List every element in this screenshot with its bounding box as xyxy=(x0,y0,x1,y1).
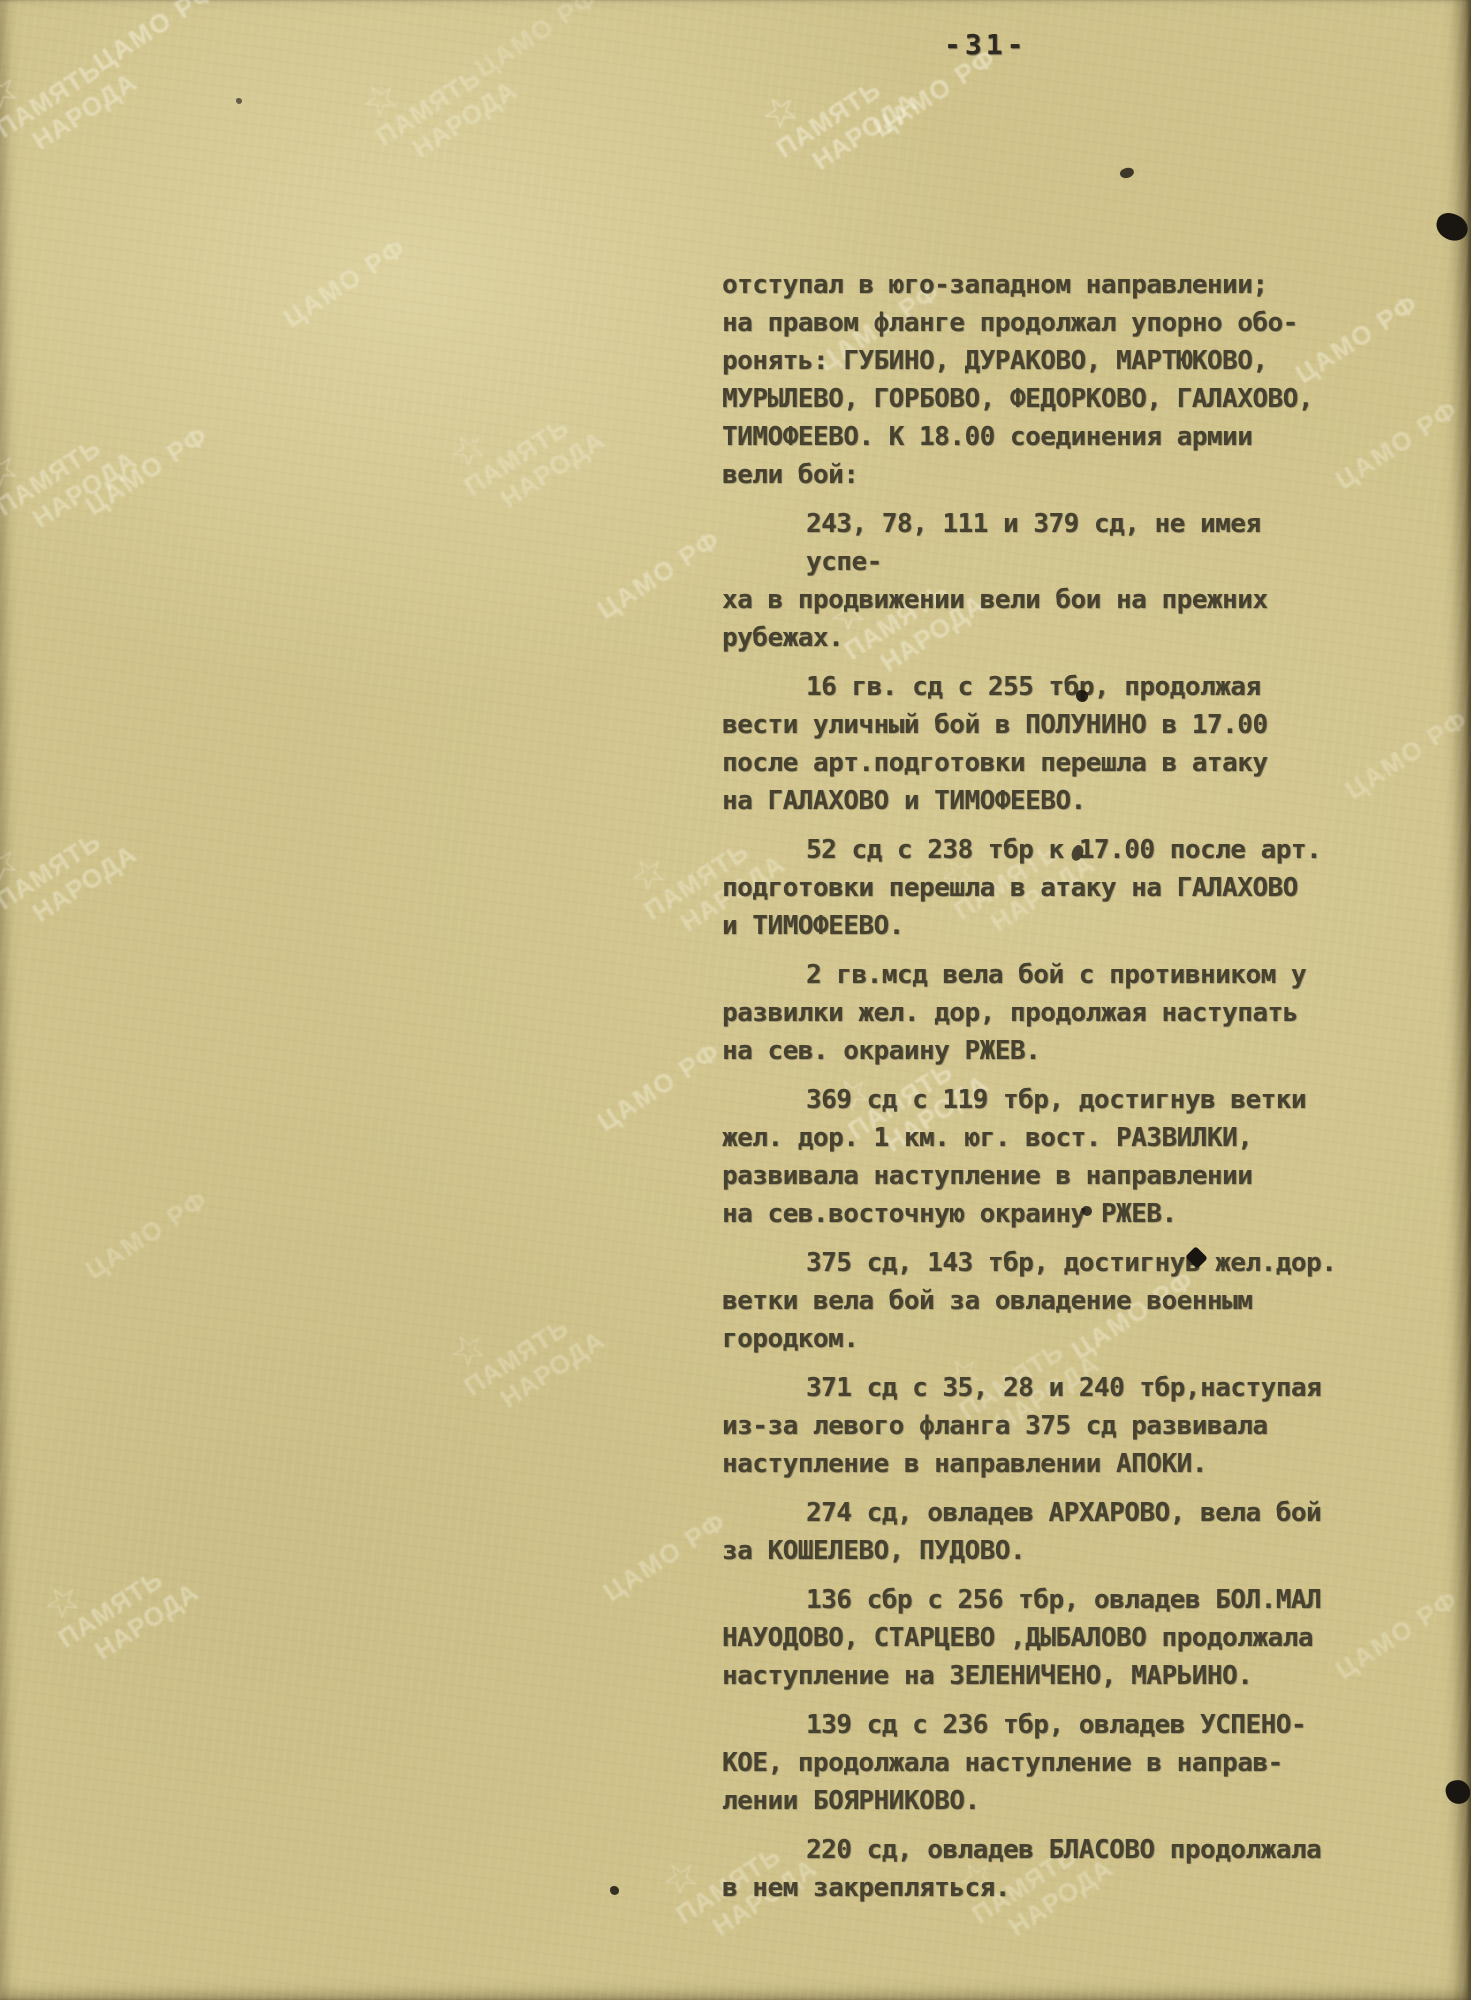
text-line: 136 сбр с 256 тбр, овладев БОЛ.МАЛ xyxy=(722,1581,1340,1619)
text-line: 220 сд, овладев БЛАСОВО продолжала xyxy=(722,1831,1340,1869)
pamyat-naroda-watermark: ☆ ПАМЯТЬ НАРОДА xyxy=(752,33,922,189)
text-line: за КОШЕЛЕВО, ПУДОВО. xyxy=(722,1532,1340,1570)
pamyat-naroda-line1: ПАМЯТЬ xyxy=(371,49,506,151)
text-line: на сев.восточную окраину РЖЕВ. xyxy=(722,1195,1340,1233)
text-line: подготовки перешла в атаку на ГАЛАХОВО xyxy=(722,869,1340,907)
paragraph: 220 сд, овладев БЛАСОВО продолжалав нем … xyxy=(722,1831,1340,1907)
tsamo-watermark-text: ЦАМО РФ xyxy=(1340,704,1471,805)
text-line: 52 сд с 238 тбр к 17.00 после арт. xyxy=(722,831,1340,869)
tsamo-watermark: ЦАМО РФ xyxy=(80,420,214,522)
text-line: МУРЫЛЕВО, ГОРБОВО, ФЕДОРКОВО, ГАЛАХОВО, xyxy=(722,380,1340,418)
pamyat-naroda-watermark: ☆ ПАМЯТЬ НАРОДА xyxy=(0,785,142,941)
paragraph: 136 сбр с 256 тбр, овладев БОЛ.МАЛНАУОДО… xyxy=(722,1581,1340,1695)
text-line: вести уличный бой в ПОЛУНИНО в 17.00 xyxy=(722,706,1340,744)
text-line: и ТИМОФЕЕВО. xyxy=(722,907,1340,945)
text-line: 371 сд с 35, 28 и 240 тбр,наступая xyxy=(722,1369,1340,1407)
page-number: -31- xyxy=(944,28,1027,61)
star-icon: ☆ xyxy=(37,1523,171,1627)
text-line: 243, 78, 111 и 379 сд, не имея успе- xyxy=(722,505,1340,581)
tsamo-watermark-text: ЦАМО РФ xyxy=(278,232,412,333)
pamyat-naroda-line1: ПАМЯТЬ xyxy=(0,813,126,915)
text-line: из-за левого фланга 375 сд развивала xyxy=(722,1407,1340,1445)
ink-speck xyxy=(1082,1206,1092,1216)
text-line: на правом фланге продолжал упорно обо- xyxy=(722,304,1340,342)
text-line: НАУОДОВО, СТАРЦЕВО ,ДЫБАЛОВО продолжала xyxy=(722,1619,1340,1657)
text-line: 369 сд с 119 тбр, достигнув ветки xyxy=(722,1081,1340,1119)
text-line: рубежах. xyxy=(722,619,1340,657)
tsamo-watermark: ЦАМО РФ xyxy=(278,232,412,334)
tsamo-watermark-text: ЦАМО РФ xyxy=(592,524,726,625)
ink-speck xyxy=(236,98,242,104)
ink-blot xyxy=(1433,210,1471,245)
pamyat-naroda-watermark: ☆ ПАМЯТЬ НАРОДА xyxy=(34,1523,204,1679)
pamyat-naroda-watermark: ☆ ПАМЯТЬ НАРОДА xyxy=(440,1271,610,1427)
paragraph: 52 сд с 238 тбр к 17.00 после арт.подгот… xyxy=(722,831,1340,945)
text-line: лении БОЯРНИКОВО. xyxy=(722,1782,1340,1820)
scanned-document-page: ЦАМО РФ ЦАМО РФ ЦАМО РФ ЦАМО РФ ЦАМО РФ … xyxy=(0,0,1471,2000)
pamyat-naroda-line1: ПАМЯТЬ xyxy=(53,1551,188,1653)
text-line: 2 гв.мсд вела бой с противником у xyxy=(722,956,1340,994)
pamyat-naroda-line2: НАРОДА xyxy=(27,444,142,533)
tsamo-watermark-text: ЦАМО РФ xyxy=(470,0,604,83)
text-line: после арт.подготовки перешла в атаку xyxy=(722,744,1340,782)
text-line: 375 сд, 143 тбр, достигнув жел.дор. xyxy=(722,1244,1340,1282)
text-line: ТИМОФЕЕВО. К 18.00 соединения армии xyxy=(722,418,1340,456)
text-line: наступление в направлении АПОКИ. xyxy=(722,1445,1340,1483)
tsamo-watermark: ЦАМО РФ xyxy=(470,0,604,84)
text-line: на ГАЛАХОВО и ТИМОФЕЕВО. xyxy=(722,782,1340,820)
tsamo-watermark-text: ЦАМО РФ xyxy=(592,1036,726,1137)
pamyat-naroda-line1: ПАМЯТЬ xyxy=(459,399,594,501)
ink-blot xyxy=(1444,1778,1471,1806)
pamyat-naroda-watermark: ☆ ПАМЯТЬ НАРОДА xyxy=(0,391,142,547)
pamyat-naroda-watermark: ☆ ПАМЯТЬ НАРОДА xyxy=(0,13,142,169)
star-icon: ☆ xyxy=(0,785,109,889)
tsamo-watermark: ЦАМО РФ xyxy=(592,524,726,626)
paragraph: 243, 78, 111 и 379 сд, не имея успе-ха в… xyxy=(722,505,1340,657)
tsamo-watermark: ЦАМО РФ xyxy=(1330,1584,1464,1686)
ink-speck xyxy=(1119,166,1136,180)
tsamo-watermark-text: ЦАМО РФ xyxy=(1330,394,1464,495)
pamyat-naroda-line2: НАРОДА xyxy=(27,838,142,927)
pamyat-naroda-line2: НАРОДА xyxy=(495,424,610,513)
text-line: ха в продвижении вели бои на прежних xyxy=(722,581,1340,619)
star-icon: ☆ xyxy=(443,371,577,475)
paragraph: 274 сд, овладев АРХАРОВО, вела бойза КОШ… xyxy=(722,1494,1340,1570)
paragraph: 16 гв. сд с 255 тбр, продолжаявести улич… xyxy=(722,668,1340,820)
pamyat-naroda-line1: ПАМЯТЬ xyxy=(0,41,126,143)
text-line: развивала наступление в направлении xyxy=(722,1157,1340,1195)
ink-speck xyxy=(1076,690,1088,702)
paragraph: 375 сд, 143 тбр, достигнув жел.дор.ветки… xyxy=(722,1244,1340,1358)
pamyat-naroda-line2: НАРОДА xyxy=(807,86,922,175)
paragraph: 139 сд с 236 тбр, овладев УСПЕНО-КОЕ, пр… xyxy=(722,1706,1340,1820)
paragraph: отступал в юго-западном направлении;на п… xyxy=(722,266,1340,494)
tsamo-watermark: ЦАМО РФ xyxy=(592,1036,726,1138)
pamyat-naroda-watermark: ☆ ПАМЯТЬ НАРОДА xyxy=(352,21,522,177)
tsamo-watermark-text: ЦАМО РФ xyxy=(598,1506,732,1607)
pamyat-naroda-line2: НАРОДА xyxy=(89,1576,204,1665)
text-line: ронять: ГУБИНО, ДУРАКОВО, МАРТЮКОВО, xyxy=(722,342,1340,380)
tsamo-watermark-text: ЦАМО РФ xyxy=(80,1184,214,1285)
tsamo-watermark-text: ЦАМО РФ xyxy=(80,420,214,521)
text-line: городком. xyxy=(722,1320,1340,1358)
star-icon: ☆ xyxy=(443,1271,577,1375)
text-line: наступление на ЗЕЛЕНИЧЕНО, МАРЬИНО. xyxy=(722,1657,1340,1695)
tsamo-watermark: ЦАМО РФ xyxy=(80,1184,214,1286)
text-line: КОЕ, продолжала наступление в направ- xyxy=(722,1744,1340,1782)
tsamo-watermark: ЦАМО РФ xyxy=(598,1506,732,1608)
pamyat-naroda-line2: НАРОДА xyxy=(407,74,522,163)
document-text: отступал в юго-западном направлении;на п… xyxy=(722,266,1340,1918)
star-icon: ☆ xyxy=(0,391,109,495)
ink-speck xyxy=(610,1886,619,1895)
pamyat-naroda-line2: НАРОДА xyxy=(495,1324,610,1413)
tsamo-watermark: ЦАМО РФ xyxy=(88,0,222,78)
text-line: на сев. окраину РЖЕВ. xyxy=(722,1032,1340,1070)
paragraph: 369 сд с 119 тбр, достигнув веткижел. до… xyxy=(722,1081,1340,1233)
pamyat-naroda-line2: НАРОДА xyxy=(27,66,142,155)
text-line: 139 сд с 236 тбр, овладев УСПЕНО- xyxy=(722,1706,1340,1744)
text-line: 274 сд, овладев АРХАРОВО, вела бой xyxy=(722,1494,1340,1532)
text-line: жел. дор. 1 км. юг. вост. РАЗВИЛКИ, xyxy=(722,1119,1340,1157)
pamyat-naroda-line1: ПАМЯТЬ xyxy=(771,61,906,163)
paragraph: 2 гв.мсд вела бой с противником уразвилк… xyxy=(722,956,1340,1070)
pamyat-naroda-line1: ПАМЯТЬ xyxy=(0,419,126,521)
tsamo-watermark-text: ЦАМО РФ xyxy=(88,0,222,77)
text-line: ветки вела бой за овладение военным xyxy=(722,1282,1340,1320)
paragraph: 371 сд с 35, 28 и 240 тбр,наступаяиз-за … xyxy=(722,1369,1340,1483)
star-icon: ☆ xyxy=(755,33,889,137)
tsamo-watermark-text: ЦАМО РФ xyxy=(1330,1584,1464,1685)
pamyat-naroda-line1: ПАМЯТЬ xyxy=(459,1299,594,1401)
star-icon: ☆ xyxy=(355,21,489,125)
text-line: в нем закрепляться. xyxy=(722,1869,1340,1907)
tsamo-watermark: ЦАМО РФ xyxy=(1330,394,1464,496)
tsamo-watermark: ЦАМО РФ xyxy=(1340,704,1471,806)
text-line: 16 гв. сд с 255 тбр, продолжая xyxy=(722,668,1340,706)
text-line: развилки жел. дор, продолжая наступать xyxy=(722,994,1340,1032)
text-line: отступал в юго-западном направлении; xyxy=(722,266,1340,304)
text-line: вели бой: xyxy=(722,456,1340,494)
pamyat-naroda-watermark: ☆ ПАМЯТЬ НАРОДА xyxy=(440,371,610,527)
star-icon: ☆ xyxy=(0,13,109,117)
